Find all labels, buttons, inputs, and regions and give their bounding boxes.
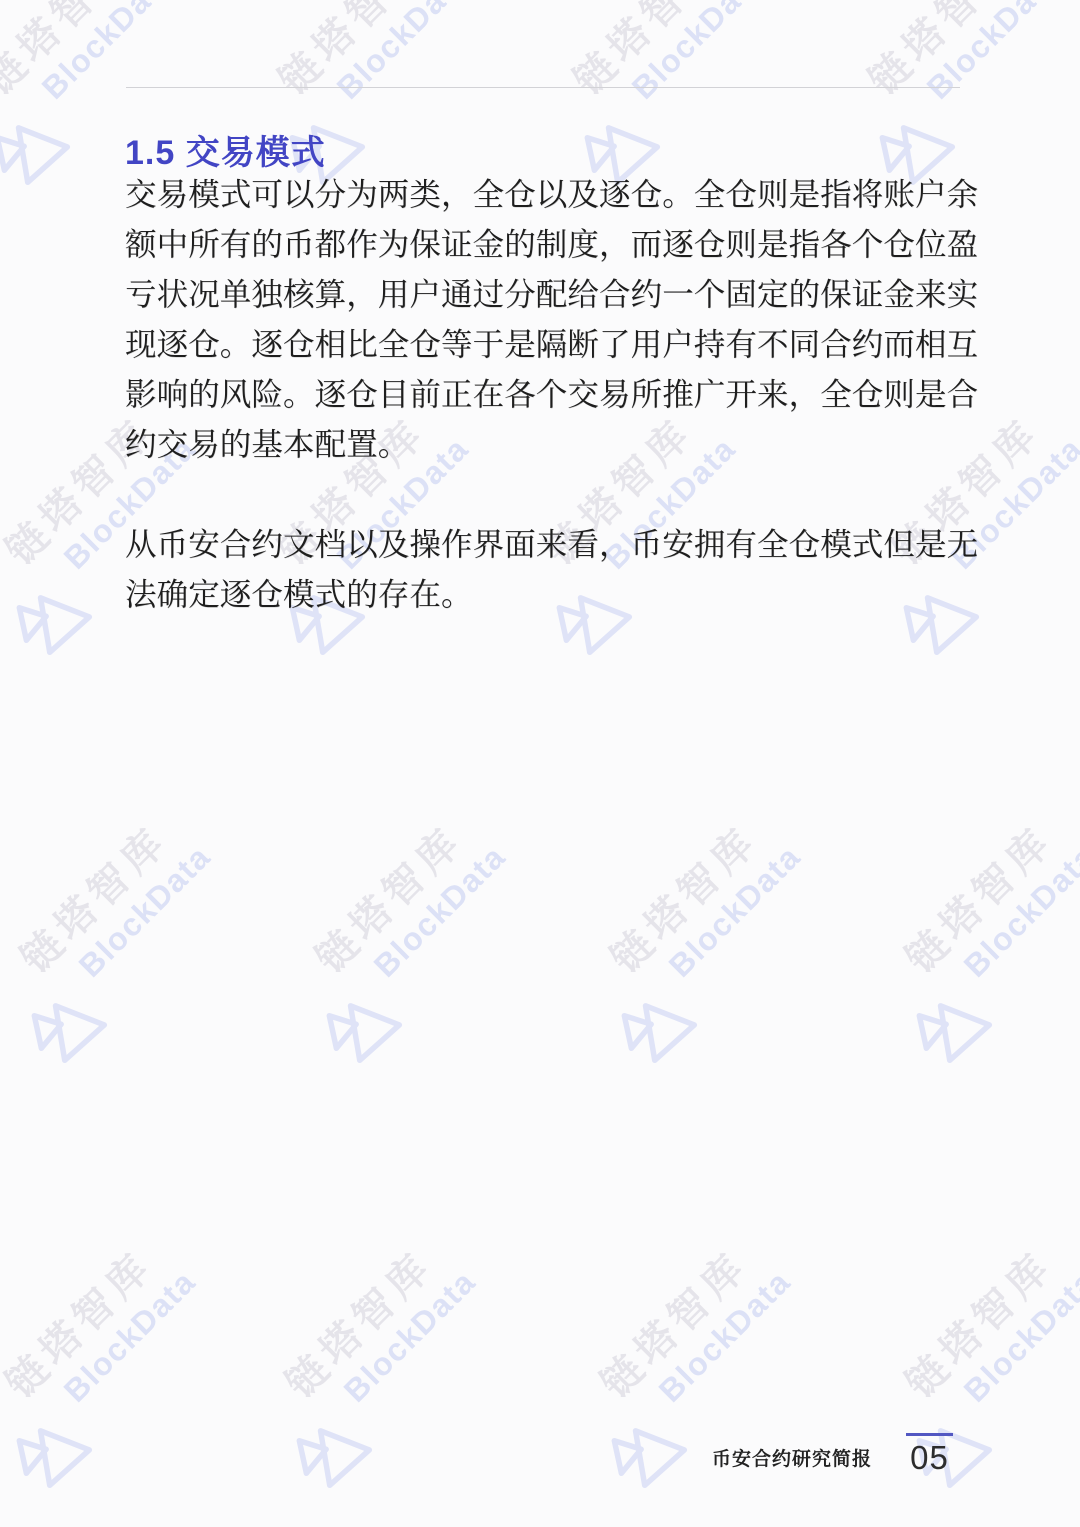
document-page: 链塔智库BlockData链塔智库BlockData链塔智库BlockData链… [0, 0, 1080, 1527]
article-body: 交易模式可以分为两类，全仓以及逐仓。全仓则是指将账户余额中所有的币都作为保证金的… [125, 169, 979, 619]
text-line: 法确定逐仓模式的存在。 [125, 569, 979, 619]
section-heading: 1.5 交易模式 [125, 125, 326, 174]
page-number: 05 [906, 1441, 953, 1475]
footer-report-title: 币安合约研究简报 [712, 1444, 872, 1471]
page-content: 1.5 交易模式 交易模式可以分为两类，全仓以及逐仓。全仓则是指将账户余额中所有… [0, 0, 1080, 1527]
text-line: 交易模式可以分为两类，全仓以及逐仓。全仓则是指将账户余 [125, 169, 979, 219]
text-line: 约交易的基本配置。 [125, 419, 979, 469]
paragraph: 从币安合约文档以及操作界面来看，币安拥有全仓模式但是无法确定逐仓模式的存在。 [125, 519, 979, 619]
text-line: 影响的风险。逐仓目前正在各个交易所推广开来，全仓则是合 [125, 369, 979, 419]
text-line: 额中所有的币都作为保证金的制度，而逐仓则是指各个仓位盈 [125, 219, 979, 269]
page-number-rule [906, 1433, 953, 1436]
text-line: 从币安合约文档以及操作界面来看，币安拥有全仓模式但是无 [125, 519, 979, 569]
text-line: 现逐仓。逐仓相比全仓等于是隔断了用户持有不同合约而相互 [125, 319, 979, 369]
section-divider [126, 87, 960, 88]
page-number-block: 05 [906, 1433, 953, 1475]
text-line: 亏状况单独核算，用户通过分配给合约一个固定的保证金来实 [125, 269, 979, 319]
paragraph: 交易模式可以分为两类，全仓以及逐仓。全仓则是指将账户余额中所有的币都作为保证金的… [125, 169, 979, 469]
